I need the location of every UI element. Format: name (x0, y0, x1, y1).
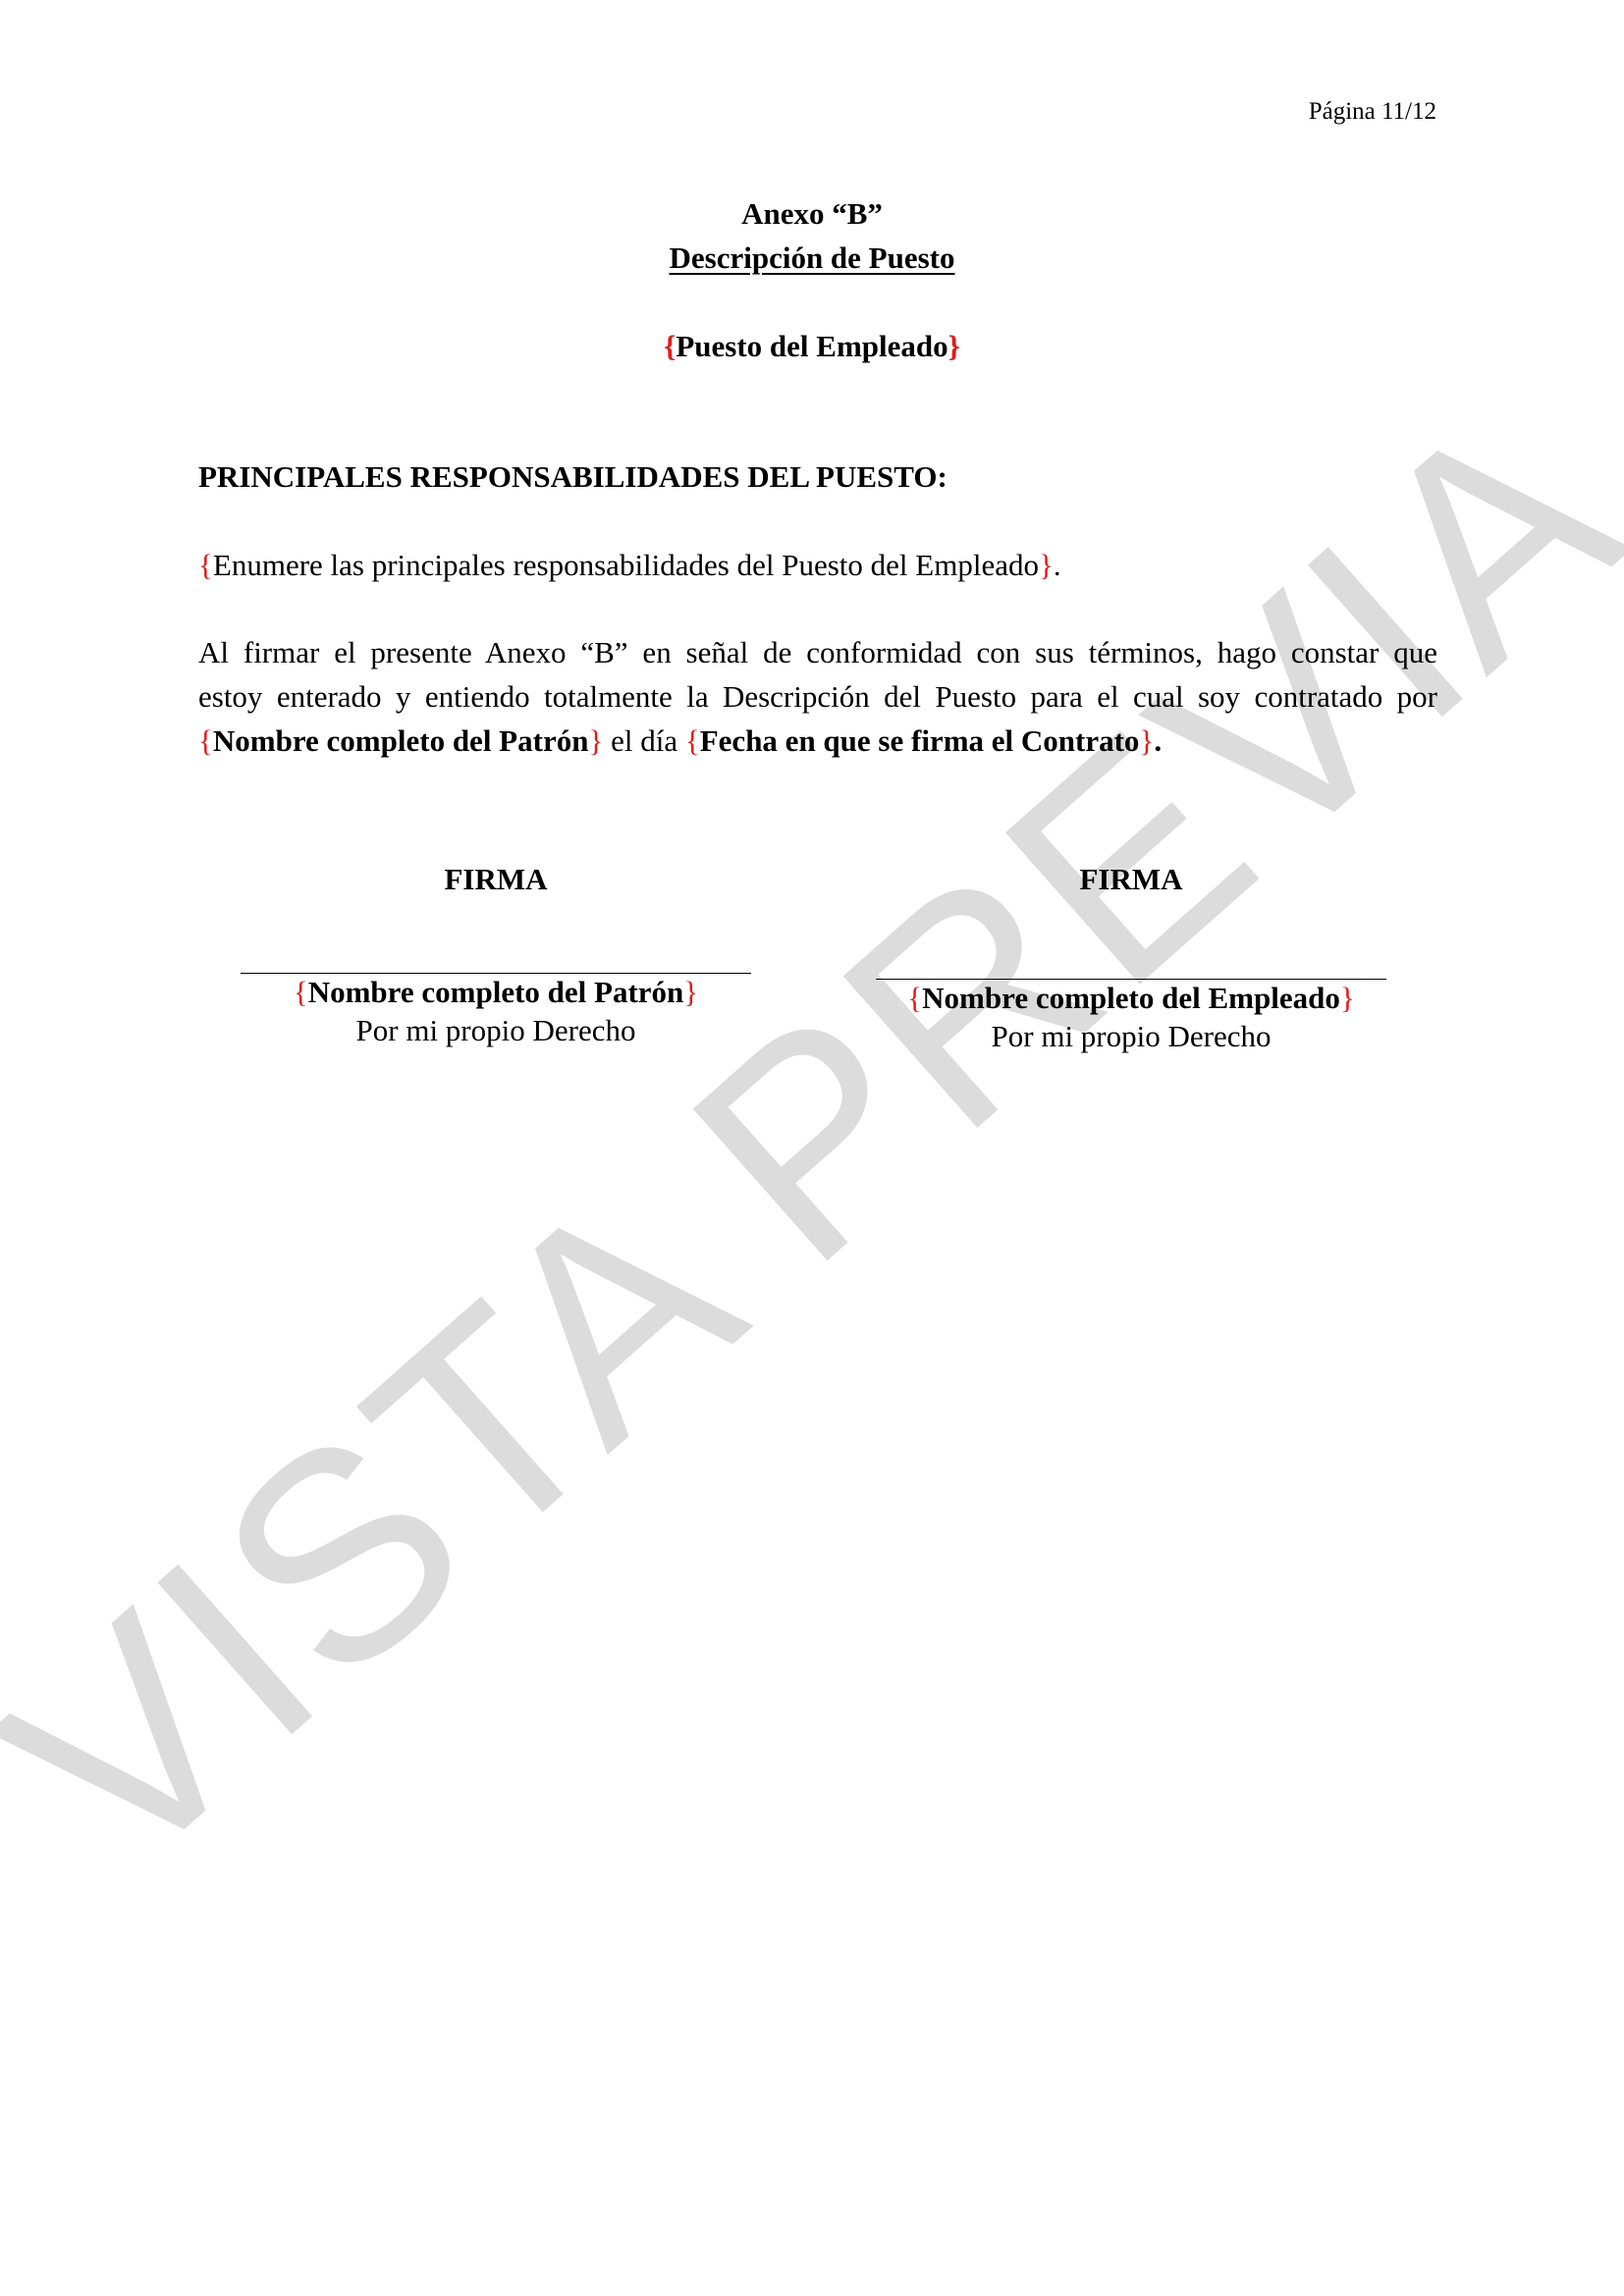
employer-placeholder: Nombre completo del Patrón (213, 723, 589, 758)
agreement-line-2: estoy enterado y entiendo totalmente la … (198, 674, 1437, 719)
position-title: {Puesto del Empleado} (0, 329, 1624, 364)
employer-signature-line (241, 973, 751, 974)
placeholder-brace-open: { (198, 723, 213, 758)
agreement-paragraph: Al firmar el presente Anexo “B” en señal… (198, 630, 1437, 763)
annex-title: Anexo “B” (0, 196, 1624, 232)
employer-capacity: Por mi propio Derecho (241, 1013, 751, 1048)
placeholder-brace-close: } (683, 975, 698, 1009)
placeholder-brace-open: { (198, 548, 213, 582)
employee-signature-line (876, 979, 1386, 980)
position-placeholder: Puesto del Empleado (676, 329, 947, 363)
employee-capacity: Por mi propio Derecho (876, 1019, 1386, 1054)
employee-name-placeholder: Nombre completo del Empleado (922, 981, 1340, 1015)
date-placeholder: Fecha en que se firma el Contrato (700, 723, 1140, 758)
employee-signature-label: FIRMA (876, 862, 1386, 897)
employer-signature-label: FIRMA (241, 862, 751, 897)
document-page: Página 11/12 Anexo “B” Descripción de Pu… (0, 0, 1624, 2296)
placeholder-brace-close: } (1139, 723, 1154, 758)
employer-name-placeholder: Nombre completo del Patrón (308, 975, 684, 1009)
placeholder-brace-open: { (907, 981, 922, 1015)
placeholder-brace-close: } (1039, 548, 1054, 582)
responsibilities-period: . (1054, 548, 1061, 582)
responsibilities-heading: PRINCIPALES RESPONSABILIDADES DEL PUESTO… (198, 459, 947, 495)
responsibilities-paragraph: {Enumere las principales responsabilidad… (198, 543, 1437, 587)
placeholder-brace-open: { (664, 329, 676, 363)
placeholder-brace-close: } (1340, 981, 1355, 1015)
agreement-line-3: {Nombre completo del Patrón} el día {Fec… (198, 719, 1437, 763)
responsibilities-placeholder: Enumere las principales responsabilidade… (213, 548, 1039, 582)
employer-name-block: {Nombre completo del Patrón} (241, 975, 751, 1010)
page-number: Página 11/12 (1309, 98, 1436, 126)
placeholder-brace-open: { (294, 975, 308, 1009)
employee-name-block: {Nombre completo del Empleado} (876, 981, 1386, 1016)
annex-subtitle: Descripción de Puesto (0, 240, 1624, 276)
placeholder-brace-close: } (948, 329, 960, 363)
agreement-period: . (1154, 723, 1162, 758)
agreement-line-1: Al firmar el presente Anexo “B” en señal… (198, 630, 1437, 674)
placeholder-brace-close: } (588, 723, 603, 758)
agreement-connector: el día (603, 723, 685, 758)
placeholder-brace-open: { (685, 723, 700, 758)
